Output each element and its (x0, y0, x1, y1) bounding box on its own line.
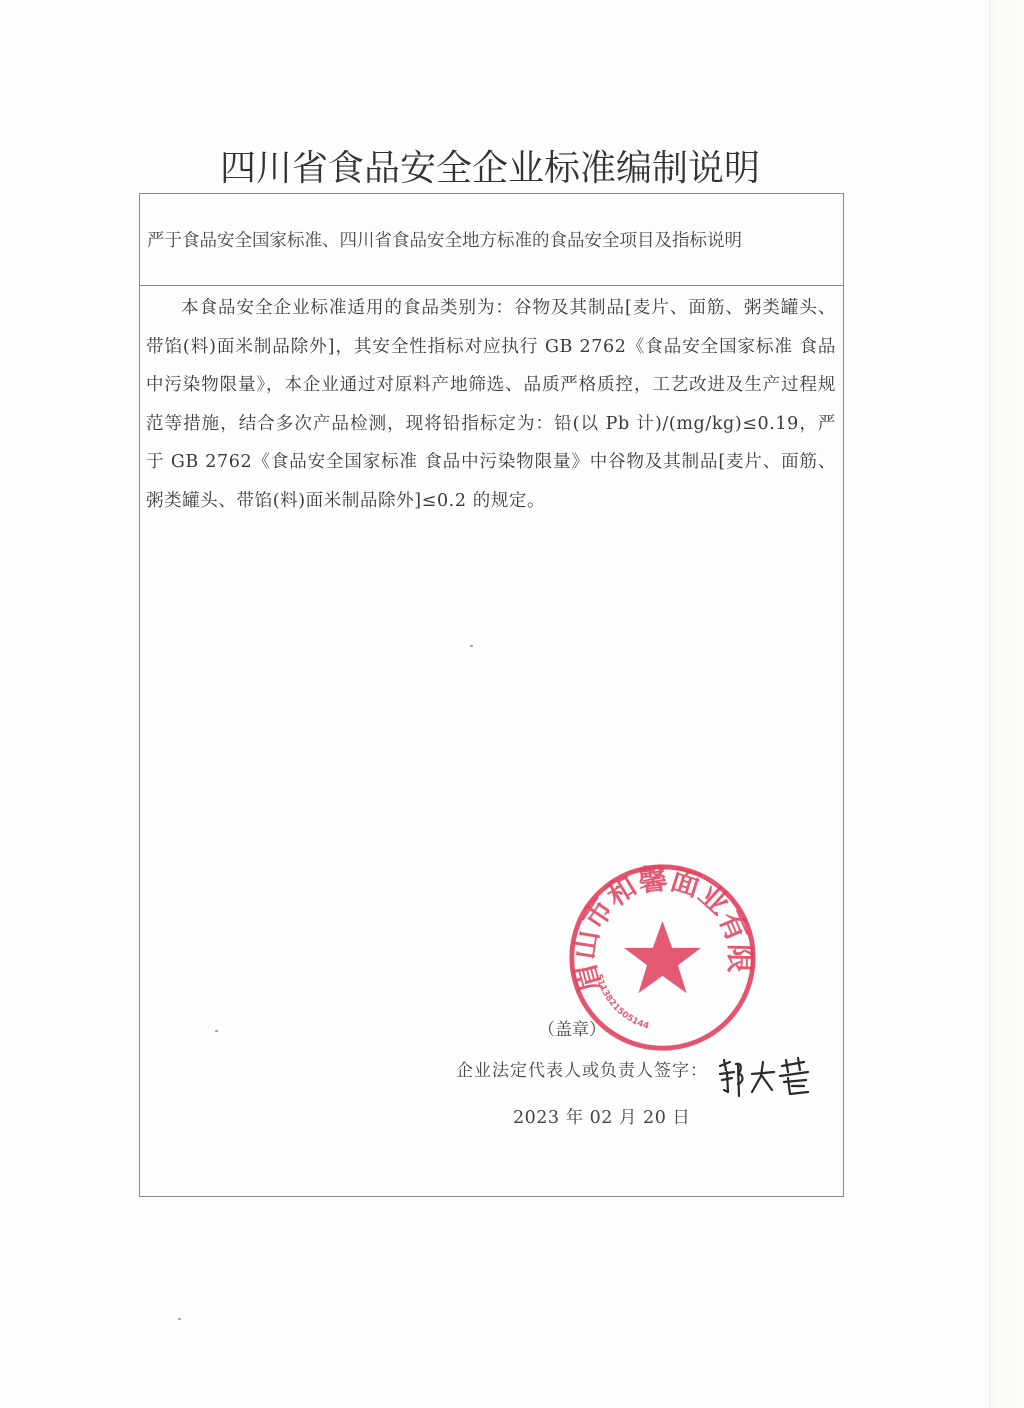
scan-speck (215, 1030, 218, 1032)
section-heading: 严于食品安全国家标准、四川省食品安全地方标准的食品安全项目及指标说明 (147, 227, 742, 252)
handwritten-signature-icon (716, 1052, 816, 1100)
document-title: 四川省食品安全企业标准编制说明 (0, 140, 980, 191)
body-paragraph: 本食品安全企业标准适用的食品类别为：谷物及其制品[麦片、面筋、粥类罐头、带馅(料… (146, 289, 836, 520)
page-edge (989, 0, 1024, 1408)
seal-note: （盖章） (538, 1015, 606, 1040)
signature-label: 企业法定代表人或负责人签字： (456, 1056, 708, 1081)
table-header-row: 严于食品安全国家标准、四川省食品安全地方标准的食品安全项目及指标说明 (140, 194, 843, 286)
document-date: 2023 年 02 月 20 日 (513, 1104, 690, 1129)
scan-speck (470, 645, 473, 647)
scan-speck (178, 1318, 181, 1320)
